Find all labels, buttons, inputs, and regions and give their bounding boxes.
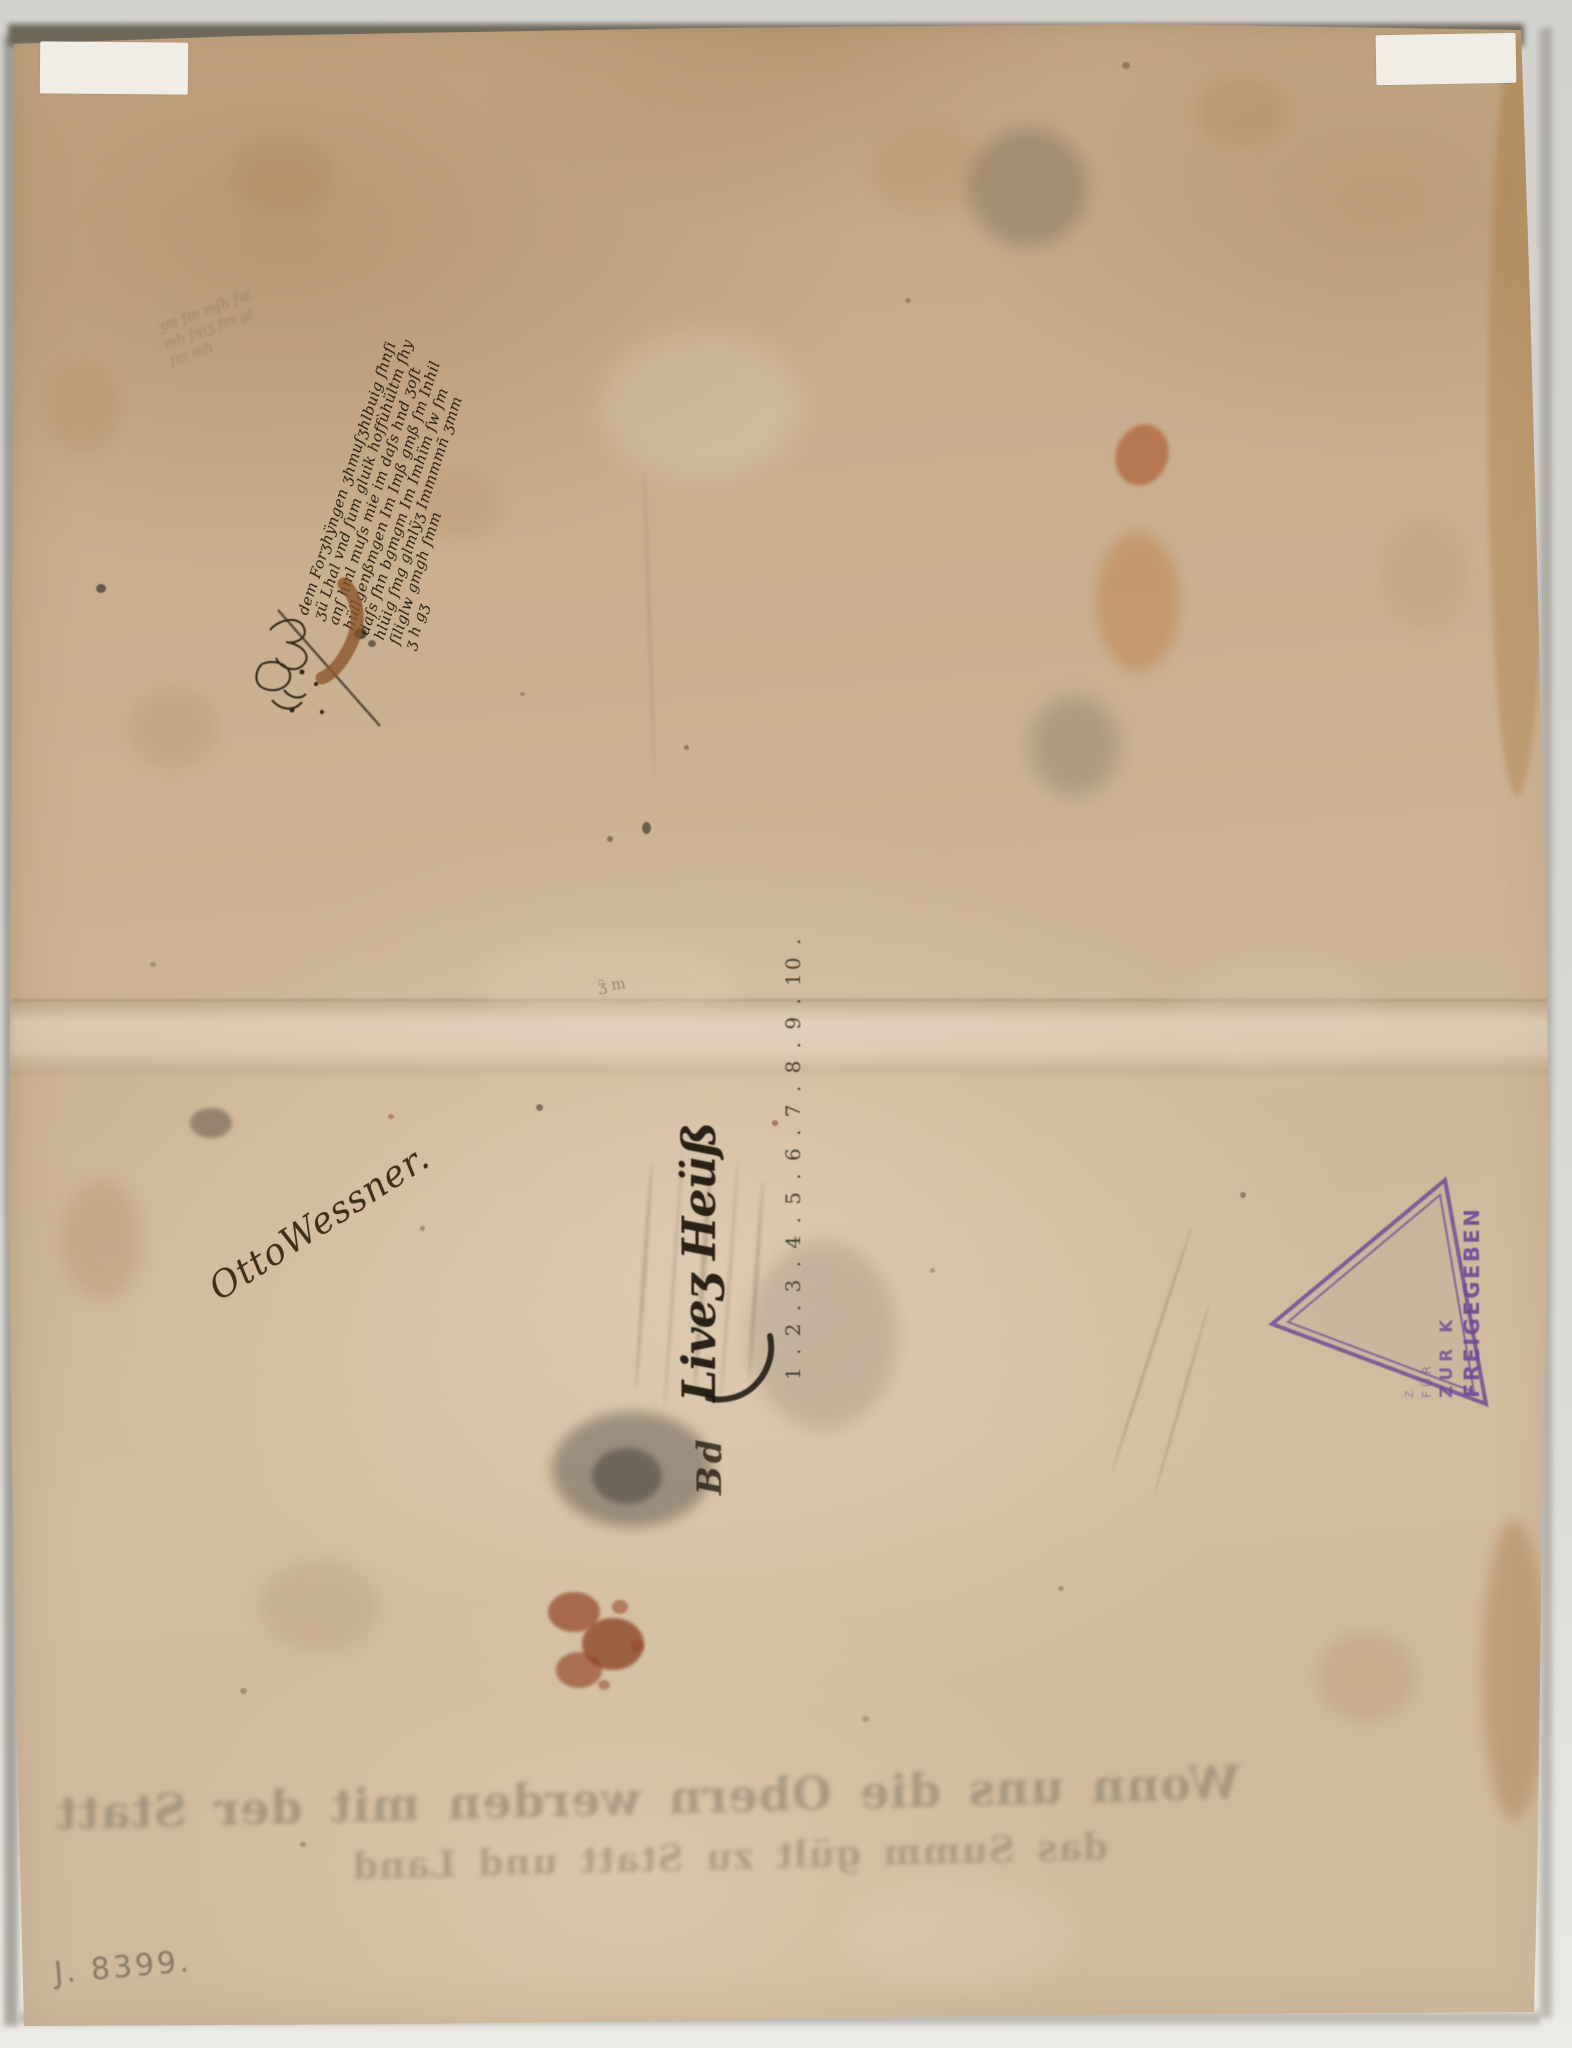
parchment-sheet: ʒm ſm mſh ſw mh ſmʒ ſm gl ſm mh dem Forʒ… [0, 0, 1572, 2048]
stamp-line: ZUR K [1436, 1186, 1458, 1398]
stain-mark [300, 1842, 306, 1847]
stain-mark [96, 584, 106, 593]
stain-mark [1196, 76, 1286, 146]
stain-mark [600, 330, 800, 480]
stain-mark [1096, 532, 1180, 672]
stain-mark [905, 298, 911, 303]
stain-mark [772, 1120, 778, 1126]
pencil-small-mark: ʒ̈ m [597, 974, 627, 996]
title-flourish [700, 1330, 780, 1405]
stamp-line: FÜR [1418, 1186, 1436, 1398]
stain-mark [190, 1108, 232, 1138]
stain-mark [612, 1600, 628, 1614]
stain-mark [128, 688, 218, 768]
stain-mark [1488, 36, 1546, 796]
tape-strip-top-right [1376, 33, 1517, 85]
stain-mark [240, 1688, 247, 1694]
stain-mark [420, 1226, 425, 1231]
ink-doodle-sketch [232, 572, 392, 742]
stain-mark [840, 1880, 1080, 1990]
stain-mark [1316, 1632, 1416, 1722]
stain-mark [520, 692, 525, 696]
stain-mark [150, 962, 156, 967]
stain-mark [1380, 520, 1470, 630]
ink-flourish-mark: Bd [690, 1415, 730, 1495]
stain-mark [536, 1104, 543, 1111]
stain-mark [642, 822, 651, 834]
stain-mark [1180, 960, 1380, 1080]
stain-mark [930, 1268, 935, 1273]
stain-mark [1482, 1520, 1546, 1820]
stamp-line: Z [1402, 1186, 1418, 1398]
stain-mark [1030, 696, 1120, 796]
stain-mark [232, 136, 332, 216]
stain-mark [62, 1180, 142, 1300]
stain-mark [1240, 1192, 1246, 1198]
stain-mark [556, 1652, 602, 1688]
stain-mark [872, 128, 992, 218]
triangle-stamp-text: Z FÜR ZUR K FREIGEGEBEN [1402, 1186, 1486, 1398]
document-photo: ʒm ſm mſh ſw mh ſmʒ ſm gl ſm mh dem Forʒ… [0, 0, 1572, 2048]
number-sequence-column: 1 . 2 . 3 . 4 . 5 . 6 . 7 . 8 . 9 . 10 . [781, 1068, 805, 1380]
stain-mark [260, 1560, 380, 1650]
stain-mark [592, 1448, 662, 1504]
stain-mark [1058, 1586, 1064, 1591]
stain-mark [862, 1716, 869, 1722]
tape-strip-top-left [40, 41, 188, 94]
stain-mark [607, 836, 613, 842]
stain-mark [598, 1680, 610, 1690]
stain-mark [684, 745, 689, 750]
stamp-line: FREIGEGEBEN [1458, 1186, 1486, 1398]
stain-mark [388, 1114, 394, 1119]
stain-mark [1122, 62, 1130, 69]
stain-mark [630, 1640, 644, 1652]
stain-mark [48, 362, 118, 452]
